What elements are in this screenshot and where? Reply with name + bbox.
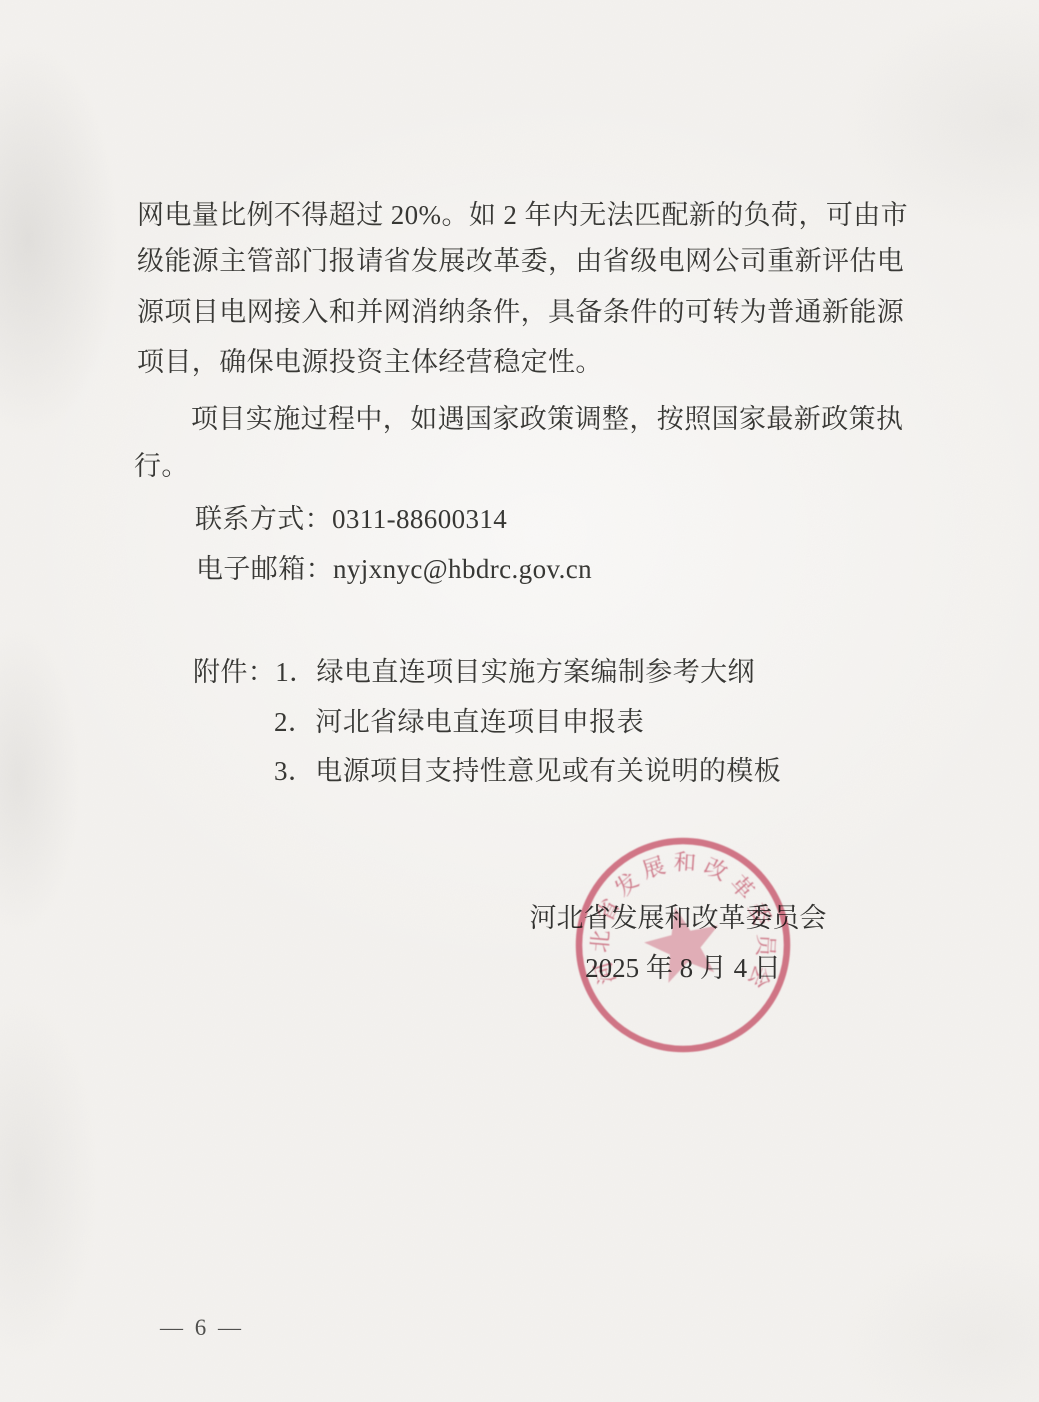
attachments-line-1: 附件：1．绿电直连项目实施方案编制参考大纲 (193, 657, 755, 688)
seal-star-icon (638, 898, 728, 986)
page-number: — 6 — (160, 1315, 244, 1341)
body-paragraph1-line2: 级能源主管部门报请省发展改革委，由省级电网公司重新评估电 (137, 246, 895, 277)
body-paragraph2-line2: 行。 (134, 451, 189, 482)
attachment-item-3: 3．电源项目支持性意见或有关说明的模板 (274, 756, 781, 787)
body-paragraph1-line1: 网电量比例不得超过 20%。如 2 年内无法匹配新的负荷，可由市 (137, 200, 895, 231)
official-seal-stamp: 河北省发展和改革委员会 (572, 834, 794, 1056)
attachment-item-2: 2．河北省绿电直连项目申报表 (274, 707, 644, 738)
scanned-document-page: 网电量比例不得超过 20%。如 2 年内无法匹配新的负荷，可由市 级能源主管部门… (0, 0, 1039, 1402)
attachments-label: 附件： (193, 657, 275, 687)
body-paragraph1-line3: 源项目电网接入和并网消纳条件，具备条件的可转为普通新能源 (137, 297, 895, 328)
contact-phone-line: 联系方式：0311-88600314 (195, 504, 507, 535)
attachment-item-1: 1．绿电直连项目实施方案编制参考大纲 (275, 657, 755, 687)
body-paragraph2-line1: 项目实施过程中，如遇国家政策调整，按照国家最新政策执 (191, 404, 895, 435)
contact-email-line: 电子邮箱：nyjxnyc@hbdrc.gov.cn (196, 554, 592, 585)
body-paragraph1-line4: 项目，确保电源投资主体经营稳定性。 (137, 347, 603, 378)
